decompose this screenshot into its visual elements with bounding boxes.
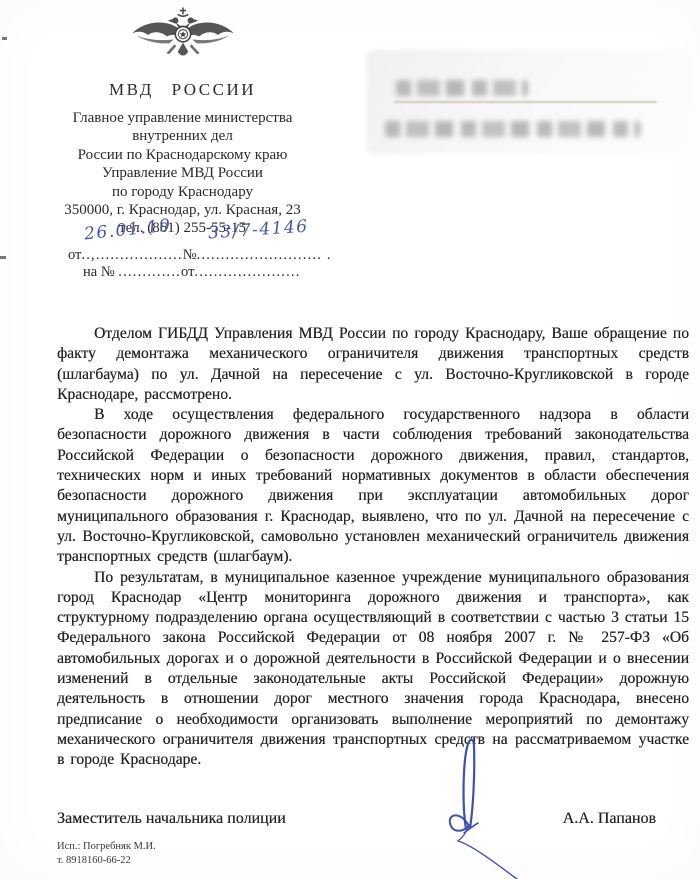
number-sign: №	[183, 247, 197, 263]
dotted-leader: .............	[118, 264, 181, 280]
org-title: МВД РОССИИ	[10, 80, 355, 100]
paragraph-1: Отделом ГИБДД Управления МВД России по г…	[57, 324, 689, 405]
outgoing-ref-line: от..,..................№................…	[10, 247, 355, 264]
letterhead-line: России по Краснодарскому краю	[10, 146, 355, 164]
letterhead-line: Главное управление министерства	[10, 109, 355, 127]
dotted-leader: ......................	[194, 264, 300, 280]
letterhead: МВД РОССИИ Главное управление министерст…	[10, 6, 355, 281]
na-number-label: на №	[83, 264, 115, 280]
letterhead-line: Управление МВД России	[10, 164, 355, 182]
ot-label: от	[68, 247, 81, 263]
ot-label: от	[181, 264, 194, 280]
redacted-recipient-name-blur	[396, 80, 528, 96]
handwritten-signature	[420, 733, 540, 879]
paragraph-2: В ходе осуществления федерального госуда…	[57, 405, 689, 567]
letterhead-line: по городу Краснодару	[10, 183, 355, 201]
redacted-recipient-email-blur	[385, 121, 641, 137]
incoming-ref-line: на № .............от....................…	[10, 264, 355, 281]
letter-body: Отделом ГИБДД Управления МВД России по г…	[57, 324, 689, 771]
double-headed-eagle-icon	[129, 6, 237, 70]
dotted-leader: .......................... .	[197, 247, 332, 263]
signoff-name: А.А. Папанов	[563, 810, 656, 828]
signoff-position-title: Заместитель начальника полиции	[57, 810, 286, 828]
mvd-emblem-icon	[10, 6, 355, 70]
paragraph-3: По результатам, в муниципальное казенное…	[57, 568, 689, 771]
scanned-letter-page: МВД РОССИИ Главное управление министерст…	[0, 0, 700, 879]
scan-artifact	[0, 256, 6, 259]
redacted-underline	[394, 101, 657, 103]
dotted-leader: ..,..................	[81, 247, 182, 263]
executor-phone: т. 8918160-66-22	[57, 855, 131, 866]
executor-line: Исп.: Погребняк М.И.	[57, 841, 156, 852]
letterhead-line: внутренних дел	[10, 127, 355, 145]
scan-artifact	[2, 37, 7, 40]
